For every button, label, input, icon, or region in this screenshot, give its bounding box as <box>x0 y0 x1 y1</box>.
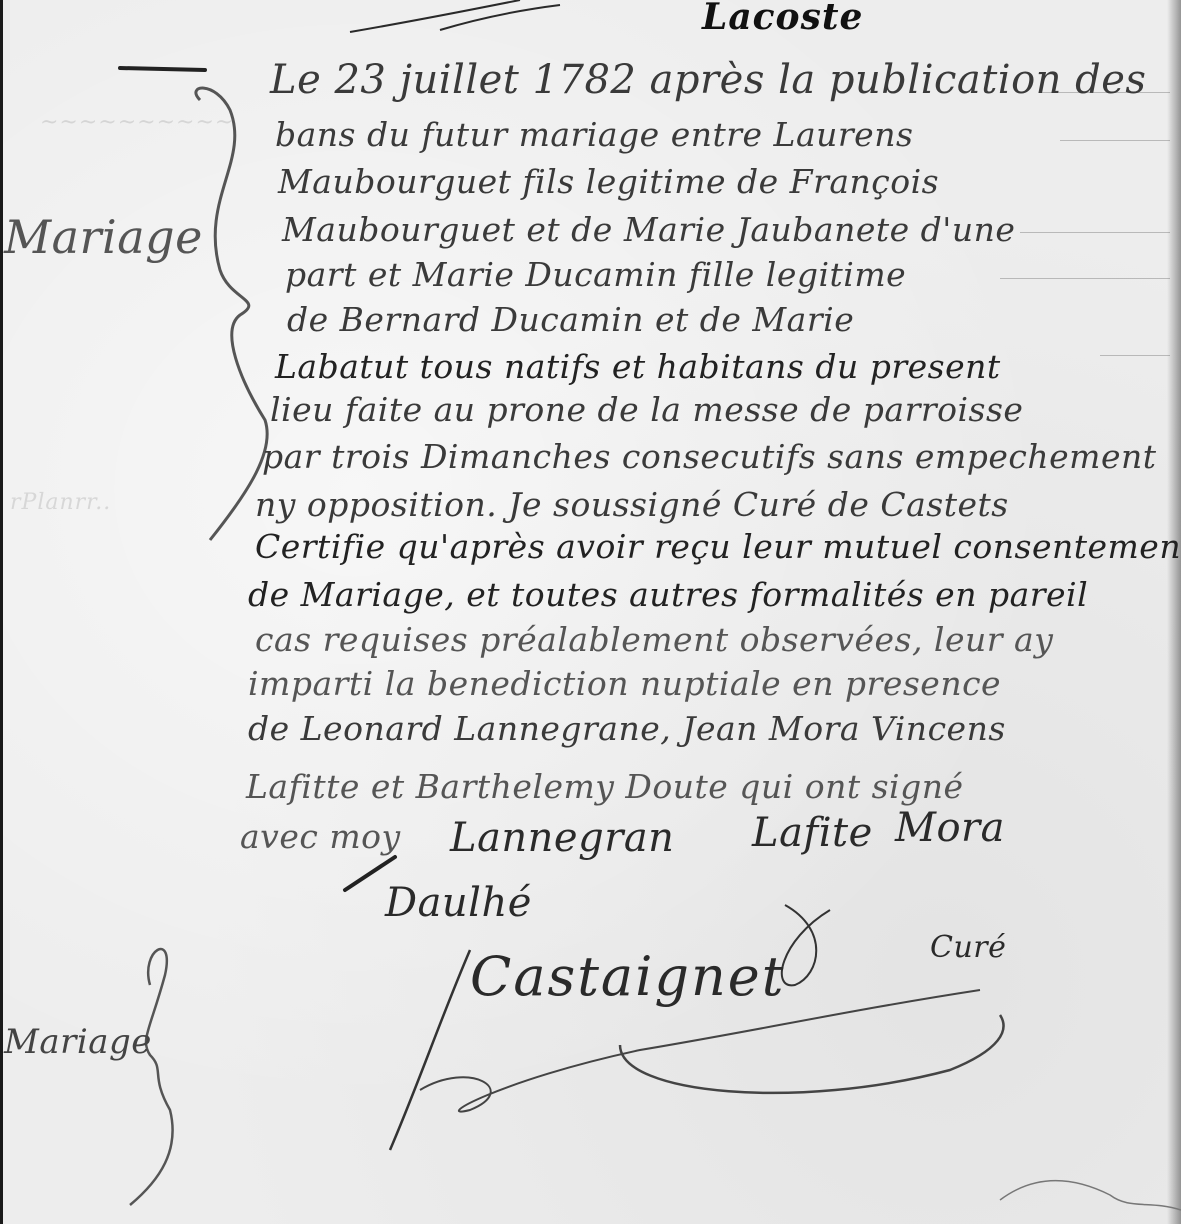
record-line: Certifie qu'après avoir reçu leur mutuel… <box>255 530 1181 563</box>
record-line: ny opposition. Je soussigné Curé de Cast… <box>255 488 1009 521</box>
record-line: Maubourguet et de Marie Jaubanete d'une <box>282 213 1015 246</box>
record-line: par trois Dimanches consecutifs sans emp… <box>262 440 1157 473</box>
record-line: bans du futur mariage entre Laurens <box>275 118 913 151</box>
signature-mora: Mora <box>895 805 1005 851</box>
record-line: part et Marie Ducamin fille legitime <box>285 258 906 291</box>
header-place-name: Lacoste <box>702 0 863 38</box>
signature-daulhe: Daulhé <box>385 880 532 926</box>
faint-rule <box>1100 355 1170 356</box>
scan-left-edge <box>0 0 3 1224</box>
record-line: de Leonard Lannegrane, Jean Mora Vincens <box>248 712 1006 745</box>
signature-lafite: Lafite <box>752 810 873 856</box>
record-line: imparti la benediction nuptiale en prese… <box>248 667 1001 700</box>
margin-note-mariage-upper: Mariage <box>4 210 203 264</box>
scan-right-edge <box>1167 0 1181 1224</box>
faint-rule <box>1060 140 1170 141</box>
signature-title-cure: Curé <box>930 930 1006 965</box>
bleed-through-text: ~~~~~~~~~~ <box>40 110 234 135</box>
signature-lannegran: Lannegran <box>450 815 674 861</box>
record-line: Labatut tous natifs et habitans du prese… <box>275 350 1001 383</box>
record-line: avec moy <box>240 820 401 853</box>
faint-rule <box>1000 278 1170 279</box>
document-page: rPlanrr.. ~~~~~~~~~~ Lacoste Mariage Mar… <box>0 0 1181 1224</box>
record-line: Le 23 juillet 1782 après la publication … <box>270 60 1146 100</box>
record-line: lieu faite au prone de la messe de parro… <box>270 393 1023 426</box>
record-line: de Bernard Ducamin et de Marie <box>287 303 854 336</box>
margin-note-mariage-lower: Mariage <box>4 1022 152 1062</box>
signature-castaignet: Castaignet <box>470 945 785 1008</box>
record-line: de Mariage, et toutes autres formalités … <box>248 578 1088 611</box>
bleed-through-text: rPlanrr.. <box>10 490 111 515</box>
record-line: cas requises préalablement observées, le… <box>255 623 1053 656</box>
record-line: Lafitte et Barthelemy Doute qui ont sign… <box>246 770 963 803</box>
record-line: Maubourguet fils legitime de François <box>278 165 939 198</box>
faint-rule <box>1020 232 1170 233</box>
